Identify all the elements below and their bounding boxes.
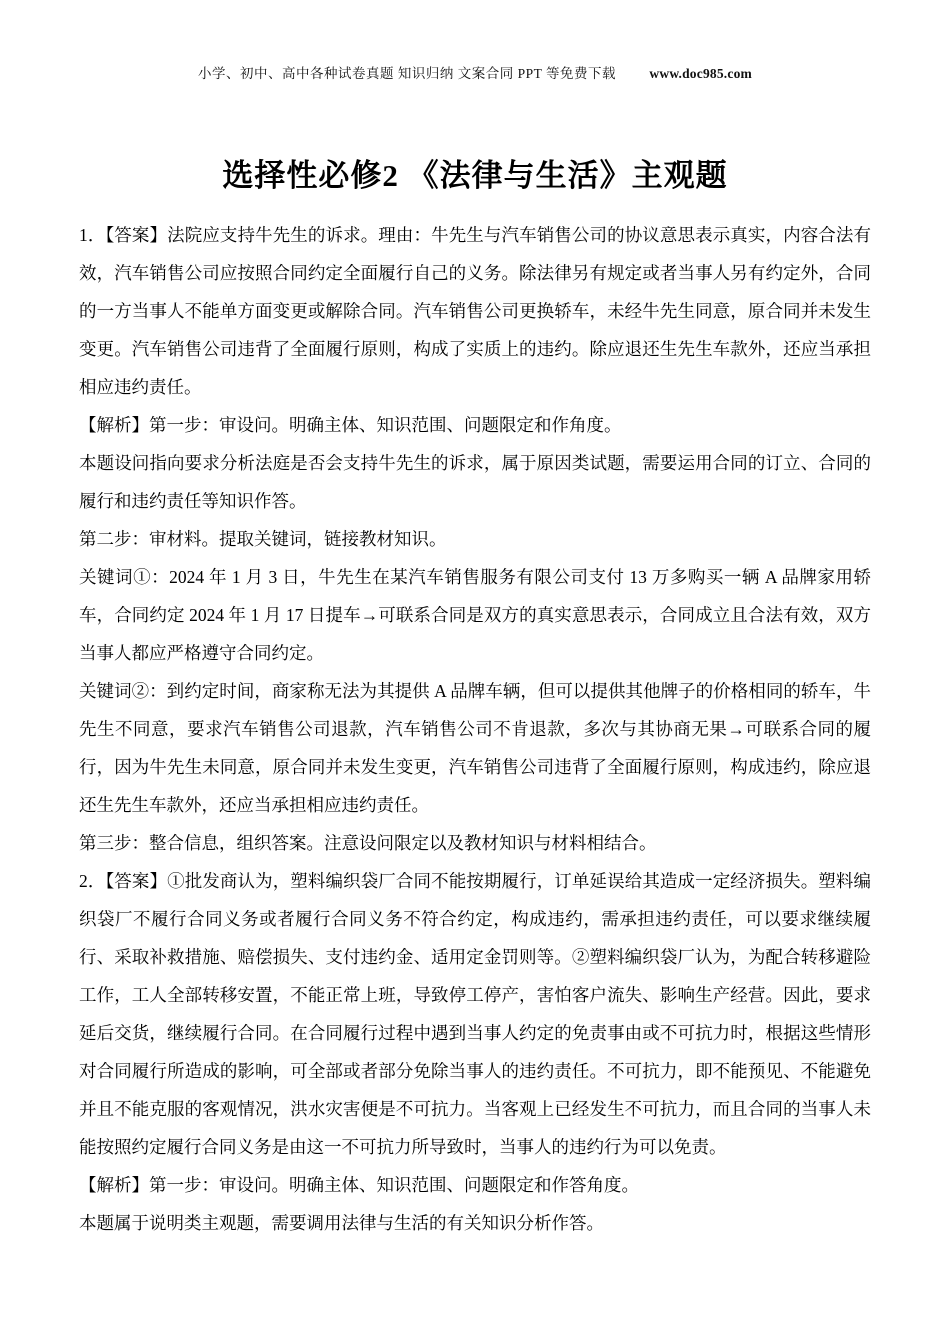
header-promo-text: 小学、初中、高中各种试卷真题 知识归纳 文案合同 PPT 等免费下载	[198, 66, 616, 81]
paragraph-answer-1: 1．【答案】法院应支持牛先生的诉求。理由：牛先生与汽车销售公司的协议意思表示真实…	[79, 216, 871, 406]
paragraph-analysis-1-step3: 第三步：整合信息，组织答案。注意设问限定以及教材知识与材料相结合。	[79, 824, 871, 862]
paragraph-analysis-1-step1-detail: 本题设问指向要求分析法庭是否会支持牛先生的诉求，属于原因类试题，需要运用合同的订…	[79, 444, 871, 520]
header-site-url: www.doc985.com	[649, 66, 752, 81]
document-body: 1．【答案】法院应支持牛先生的诉求。理由：牛先生与汽车销售公司的协议意思表示真实…	[79, 216, 871, 1242]
document-page: 小学、初中、高中各种试卷真题 知识归纳 文案合同 PPT 等免费下载 www.d…	[0, 0, 950, 1344]
paragraph-analysis-1-step1: 【解析】第一步：审设问。明确主体、知识范围、问题限定和作角度。	[79, 406, 871, 444]
paragraph-analysis-2-step1: 【解析】第一步：审设问。明确主体、知识范围、问题限定和作答角度。	[79, 1166, 871, 1204]
page-header: 小学、初中、高中各种试卷真题 知识归纳 文案合同 PPT 等免费下载 www.d…	[79, 0, 871, 84]
paragraph-analysis-1-keyword-1: 关键词①：2024 年 1 月 3 日，牛先生在某汽车销售服务有限公司支付 13…	[79, 558, 871, 672]
paragraph-answer-2: 2．【答案】①批发商认为，塑料编织袋厂合同不能按期履行，订单延误给其造成一定经济…	[79, 862, 871, 1166]
document-title: 选择性必修2 《法律与生活》主观题	[79, 154, 871, 198]
paragraph-analysis-2-step1-detail: 本题属于说明类主观题，需要调用法律与生活的有关知识分析作答。	[79, 1204, 871, 1242]
paragraph-analysis-1-step2: 第二步：审材料。提取关键词，链接教材知识。	[79, 520, 871, 558]
paragraph-analysis-1-keyword-2: 关键词②：到约定时间，商家称无法为其提供 A 品牌车辆，但可以提供其他牌子的价格…	[79, 672, 871, 824]
